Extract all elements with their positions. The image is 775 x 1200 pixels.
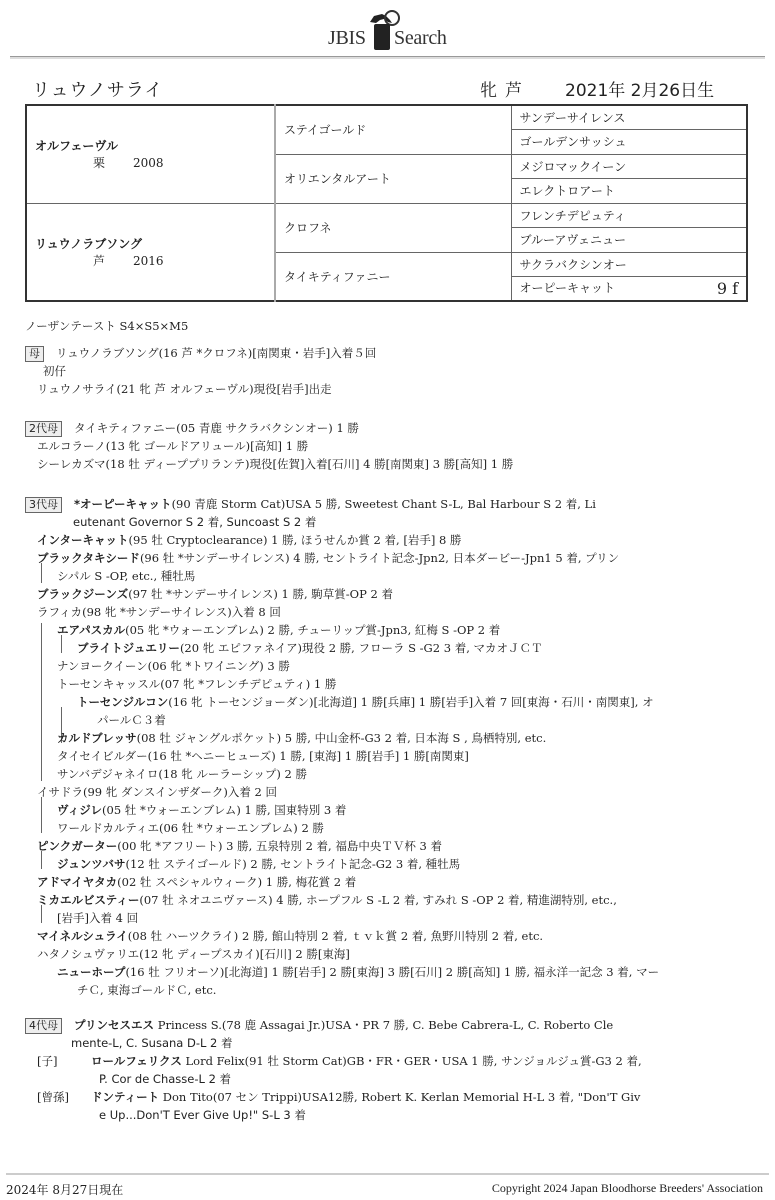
copyright: Copyright 2024 Japan Bloodhorse Breeders… — [492, 1181, 763, 1196]
horse-link[interactable]: エアパスカル — [57, 623, 125, 637]
horse-title-row: リュウノサライ 牝芦 2021年 2月26日生 — [32, 76, 722, 102]
pedigree-g3[interactable]: エレクトロアート — [511, 179, 747, 204]
pedigree-g3[interactable]: ゴールデンサッシュ — [511, 130, 747, 155]
pedigree-g2-sire-dam[interactable]: オリエンタルアート — [275, 154, 511, 203]
pedigree-g3-last[interactable]: オーピーキャット9 f — [511, 277, 747, 302]
relation-label: [子] — [37, 1052, 91, 1070]
sire-name[interactable]: オルフェーヴル — [35, 137, 266, 154]
horse-link[interactable]: トーセンジルコン — [77, 695, 168, 709]
g2dam-line: エルコラーノ(13 牝 ゴールドアリュール)[高知] 1 勝 — [25, 437, 755, 455]
pedigree-g3[interactable]: メジロマックイーン — [511, 154, 747, 179]
horse-link[interactable]: ニューホープ — [57, 965, 125, 979]
horse-link[interactable]: ヴィジレ — [57, 803, 102, 817]
horse-link[interactable]: ブライトジュエリー — [77, 641, 180, 655]
g2dam-line: シーレカズマ(18 牡 ディーププリランテ)現役[佐賀]入着[石川] 4 勝[南… — [25, 455, 755, 473]
dam-line: リュウノサライ(21 牝 芦 オルフェーヴル)現役[岩手]出走 — [25, 380, 755, 398]
horse-link[interactable]: *オーピーキャット — [74, 497, 172, 511]
pedigree-g2-dam-sire[interactable]: クロフネ — [275, 203, 511, 252]
g4dam-tag: 4代母 — [25, 1018, 62, 1034]
horse-birthdate: 2021年 2月26日生 — [565, 76, 714, 101]
horse-link[interactable]: ミカエルビスティー — [37, 893, 139, 907]
pedigree-g2-sire-sire[interactable]: ステイゴールド — [275, 105, 511, 154]
horse-link[interactable]: ブラックジーンズ — [37, 587, 128, 601]
logo-text-search: Search — [394, 27, 447, 50]
pedigree-dam[interactable]: リュウノラブソング 芦2016 — [26, 203, 275, 301]
horse-link[interactable]: マイネルシュライ — [37, 929, 128, 943]
footer-divider — [6, 1173, 769, 1175]
horse-link[interactable]: ジュンツバサ — [57, 857, 126, 871]
pedigree-table: オルフェーヴル 栗2008 ステイゴールド サンデーサイレンス ゴールデンサッシ… — [25, 104, 748, 302]
horse-sex-color: 牝芦 — [480, 76, 530, 101]
dam-info: 芦2016 — [35, 252, 266, 269]
dam-tag: 母 — [25, 346, 44, 362]
dam-section: 母リュウノラブソング(16 芦 *クロフネ)[南関東・岩手]入着５回 初仔 リュ… — [25, 344, 755, 398]
horse-link[interactable]: ドンティート — [91, 1090, 159, 1104]
as-of-date: 2024年 8月27日現在 — [6, 1181, 123, 1198]
dam-name[interactable]: リュウノラブソング — [35, 235, 266, 252]
horse-sex: 牝 — [480, 81, 497, 101]
family-number: 9 f — [717, 279, 738, 298]
g2dam-line: タイキティファニー(05 青鹿 サクラバクシンオー) 1 勝 — [74, 421, 359, 435]
pedigree-g3[interactable]: ブルーアヴェニュー — [511, 228, 747, 253]
pedigree-g3[interactable]: サクラバクシンオー — [511, 252, 747, 277]
horse-link[interactable]: インターキャット — [37, 533, 129, 547]
g2dam-tag: 2代母 — [25, 421, 62, 437]
jbis-search-logo[interactable]: JBIS Search — [328, 4, 458, 52]
pedigree-g3[interactable]: フレンチデピュティ — [511, 203, 747, 228]
dam-line: リュウノラブソング(16 芦 *クロフネ)[南関東・岩手]入着５回 — [56, 346, 376, 360]
horse-link[interactable]: ブラックタキシード — [37, 551, 140, 565]
header-divider — [10, 56, 765, 59]
pedigree-sire[interactable]: オルフェーヴル 栗2008 — [26, 105, 275, 203]
dam-line: 初仔 — [25, 362, 755, 380]
horse-link[interactable]: アドマイヤタカ — [37, 875, 117, 889]
horse-link[interactable]: カルドブレッサ — [57, 731, 137, 745]
horse-link[interactable]: プリンセスエス — [74, 1018, 154, 1032]
pedigree-g3[interactable]: サンデーサイレンス — [511, 105, 747, 130]
logo-text-jbis: JBIS — [328, 27, 366, 50]
g3dam-section: 3代母*オーピーキャット(90 青鹿 Storm Cat)USA 5 勝, Sw… — [25, 495, 755, 999]
sire-info: 栗2008 — [35, 154, 266, 171]
horse-link[interactable]: ロールフェリクス — [91, 1054, 182, 1068]
horse-color: 芦 — [505, 81, 522, 101]
g3dam-tag: 3代母 — [25, 497, 62, 513]
pedigree-g2-dam-dam[interactable]: タイキティファニー — [275, 252, 511, 301]
g2dam-section: 2代母タイキティファニー(05 青鹿 サクラバクシンオー) 1 勝 エルコラーノ… — [25, 419, 755, 473]
inbreeding-section: ノーザンテースト S4×S5×M5 — [25, 317, 755, 335]
inbreeding-text: ノーザンテースト S4×S5×M5 — [25, 317, 755, 335]
horse-name: リュウノサライ — [32, 76, 163, 102]
horse-link[interactable]: ピンクガーター — [37, 839, 117, 853]
logo-can-icon — [374, 24, 390, 50]
g4dam-section: 4代母プリンセスエス Princess S.(78 鹿 Assagai Jr.)… — [25, 1016, 755, 1124]
relation-label: [曾孫] — [37, 1088, 91, 1106]
